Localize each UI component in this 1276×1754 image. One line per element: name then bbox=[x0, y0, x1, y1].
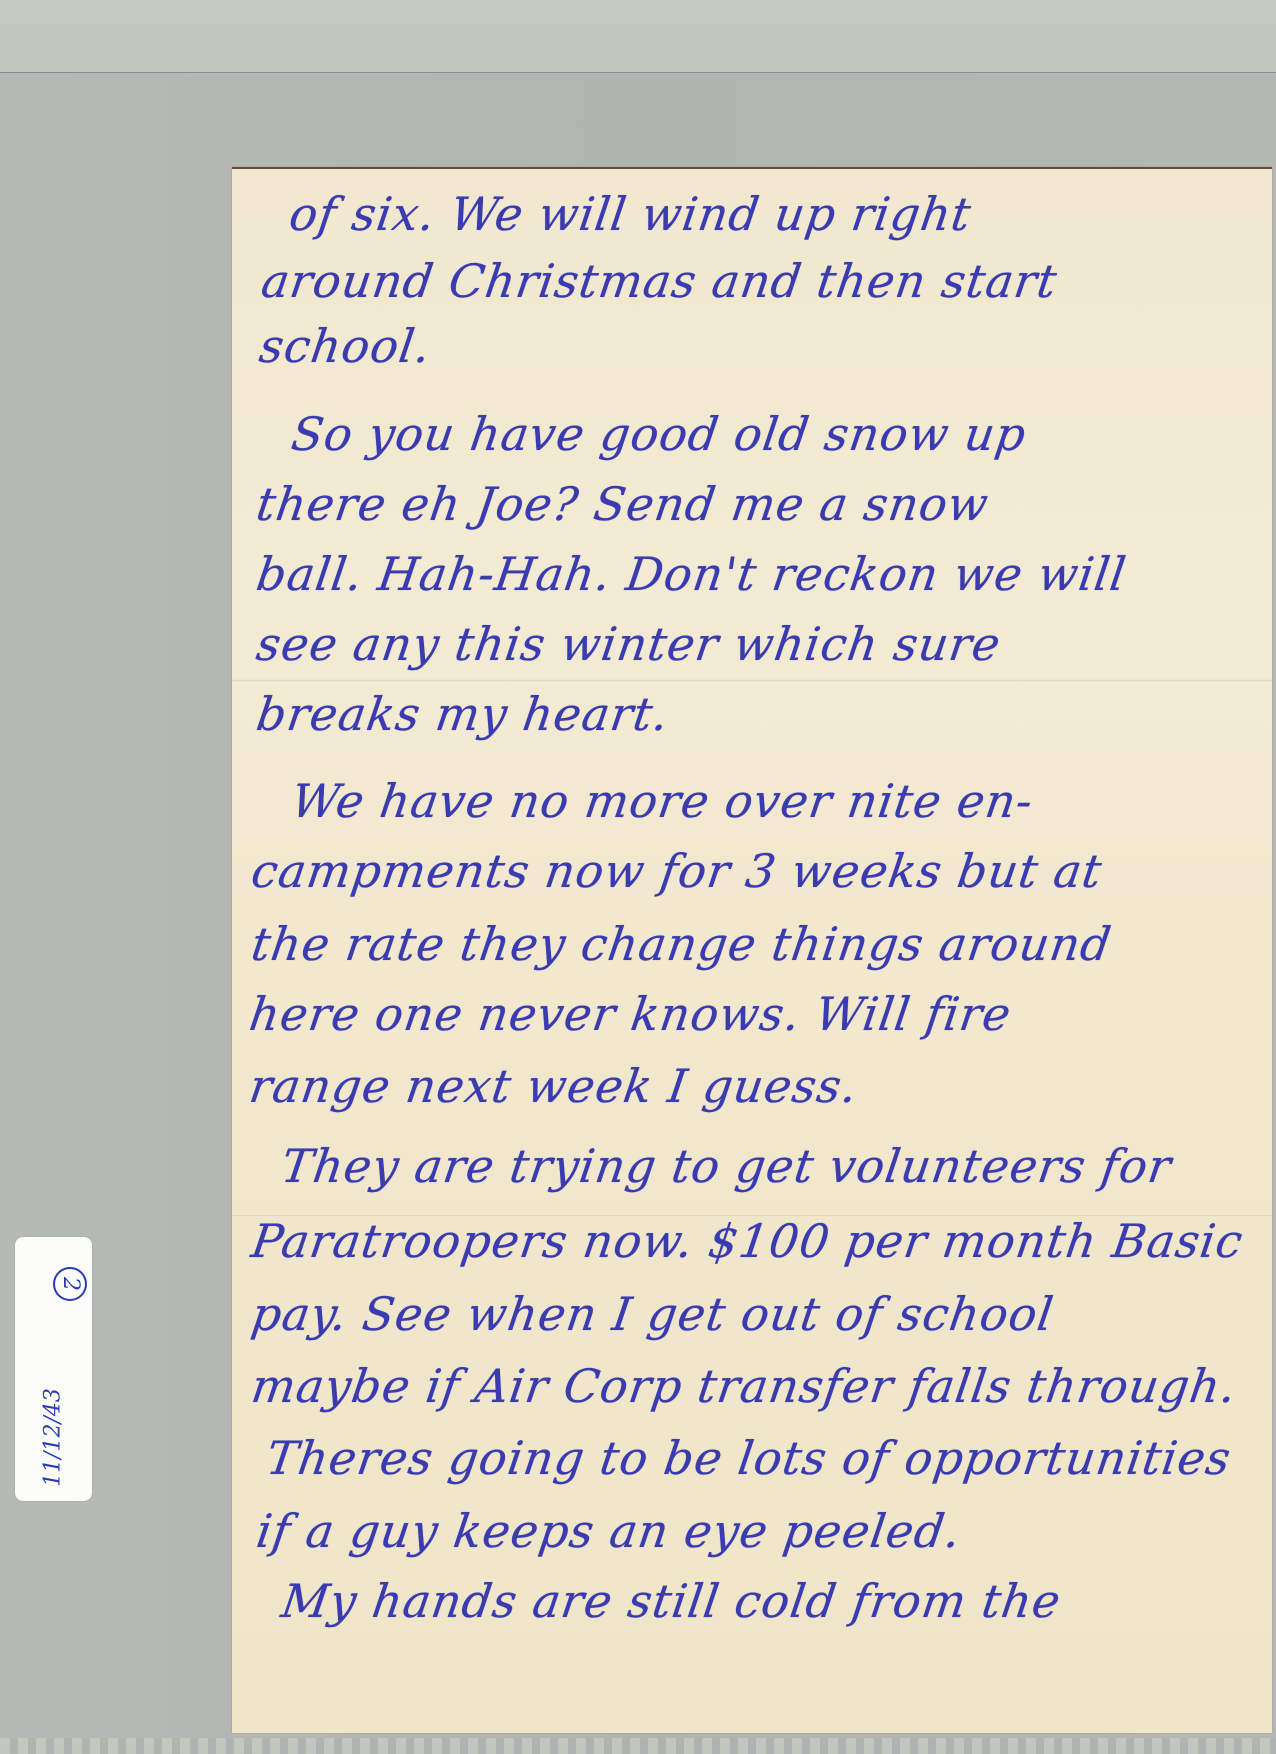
handwritten-line: here one never knows. Will fire bbox=[246, 987, 1015, 1041]
handwritten-line: the rate they change things around bbox=[248, 917, 1115, 971]
handwritten-line: ball. Hah-Hah. Don't reckon we will bbox=[253, 547, 1130, 601]
fold-crease bbox=[232, 679, 1272, 682]
sleeve-top-band bbox=[0, 0, 1276, 73]
handwritten-line: of six. We will wind up right bbox=[286, 187, 975, 241]
handwritten-line: breaks my heart. bbox=[253, 687, 672, 741]
handwritten-line: there eh Joe? Send me a snow bbox=[253, 477, 992, 531]
handwritten-line: pay. See when I get out of school bbox=[248, 1287, 1057, 1341]
page-number-circled: 2 bbox=[53, 1267, 87, 1301]
sleeve-perforation bbox=[0, 1738, 1276, 1754]
handwritten-line: So you have good old snow up bbox=[288, 407, 1030, 461]
handwritten-line: campments now for 3 weeks but at bbox=[248, 844, 1106, 898]
handwritten-line: maybe if Air Corp transfer falls through… bbox=[248, 1359, 1240, 1413]
handwritten-line: Paratroopers now. $100 per month Basic bbox=[248, 1214, 1246, 1268]
handwritten-line: around Christmas and then start bbox=[258, 254, 1061, 308]
letter-date: 11/12/43 bbox=[41, 1388, 66, 1488]
handwritten-line: school. bbox=[256, 319, 434, 373]
handwritten-line: They are trying to get volunteers for bbox=[278, 1139, 1175, 1193]
handwritten-line: range next week I guess. bbox=[246, 1059, 861, 1113]
handwritten-line: My hands are still cold from the bbox=[278, 1574, 1064, 1628]
letter-page: of six. We will wind up right around Chr… bbox=[232, 167, 1272, 1733]
archive-label: 2 11/12/43 bbox=[15, 1237, 92, 1501]
handwritten-line: if a guy keeps an eye peeled. bbox=[253, 1504, 964, 1558]
handwritten-line: We have no more over nite en- bbox=[288, 774, 1037, 828]
handwritten-line: see any this winter which sure bbox=[253, 617, 1004, 671]
handwritten-line: Theres going to be lots of opportunities bbox=[263, 1431, 1234, 1485]
